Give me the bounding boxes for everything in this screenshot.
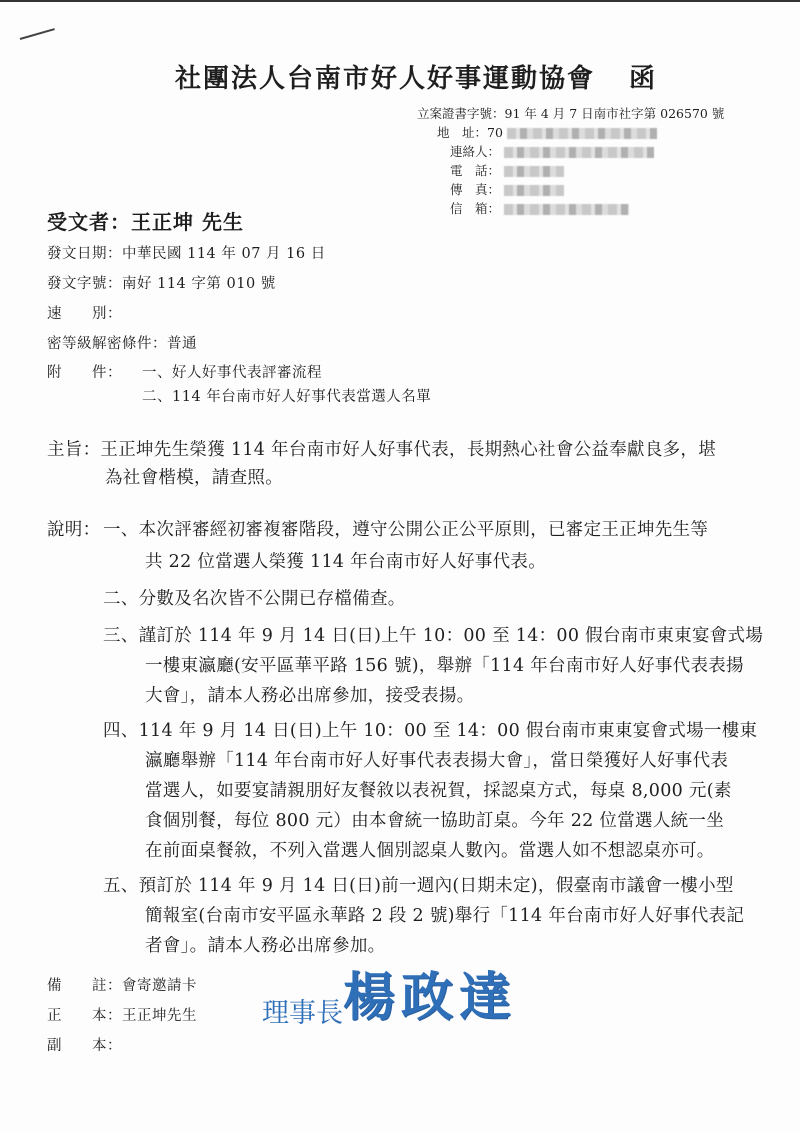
original-recipient: 正 本：王正坤先生 [47, 1004, 197, 1025]
org-name: 社團法人台南市好人好事運動協會 [175, 64, 595, 94]
subject-line: 為社會楷模，請查照。 [105, 464, 283, 489]
explanation-line: 大會」，請本人務必出席參加，接受表揚。 [145, 682, 474, 707]
redacted-fax [504, 185, 564, 196]
explanation-line: 四、114 年 9 月 14 日(日)上午 10：00 至 14：00 假台南市… [103, 717, 757, 742]
copy-recipient: 副 本： [47, 1034, 122, 1055]
explanation-line: 二、分數及名次皆不公開已存檔備查。 [103, 585, 406, 610]
attachment-item: 二、114 年台南市好人好事代表當選人名單 [142, 385, 431, 406]
issue-date: 發文日期：中華民國 114 年 07 月 16 日 [47, 242, 326, 263]
explanation-line: 瀛廳舉辦「114 年台南市好人好事代表表揚大會」，當日榮獲好人好事代表 [145, 747, 728, 772]
explanation-line: 共 22 位當選人榮獲 114 年台南市好人好事代表。 [145, 548, 546, 573]
explanation-line: 五、預訂於 114 年 9 月 14 日(日)前一週內(日期未定)，假臺南市議會… [103, 872, 734, 897]
subject-line: 主旨：王正坤先生榮獲 114 年台南市好人好事代表，長期熱心社會公益奉獻良多，堪 [47, 436, 716, 461]
explanation-line: 者會」。請本人務必出席參加。 [145, 932, 385, 957]
doc-type: 函 [629, 64, 657, 94]
scan-edge [0, 0, 800, 2]
chairman-signature: 楊政達 [343, 967, 517, 1028]
explanation-line: 一樓東瀛廳(安平區華平路 156 號)，舉辦「114 年台南市好人好事代表表揚 [145, 652, 744, 677]
explanation-line: 在前面桌餐敘，不列入當選人個別認桌人數內。當選人如不想認桌亦可。 [145, 837, 715, 862]
phone-label: 電 話： [450, 163, 500, 178]
redacted-contact [504, 147, 654, 158]
phone-row: 電 話： [450, 161, 564, 180]
chairman-title: 理事長 [262, 998, 343, 1029]
address-row: 地 址：70 [437, 123, 657, 142]
speed: 速 別： [47, 302, 122, 323]
explanation-line: 當選人，如要宴請親朋好友餐敘以表祝賀，採認桌方式，每桌 8,000 元(素 [145, 777, 732, 802]
contact-label: 連絡人： [450, 144, 500, 159]
email-row: 信 箱： [450, 199, 629, 218]
attachment-item: 一、好人好事代表評審流程 [142, 361, 322, 382]
address-value: 70 [487, 125, 503, 140]
fax-label: 傳 真： [450, 182, 500, 197]
explanation-label: 說明： [47, 516, 100, 541]
document-number: 發文字號：南好 114 字第 010 號 [47, 272, 276, 293]
redacted-email [504, 204, 629, 215]
address-label: 地 址： [437, 125, 487, 140]
explanation-line: 簡報室(台南市安平區永華路 2 段 2 號)舉行「114 年台南市好人好事代表記 [145, 902, 744, 927]
redacted-address [507, 128, 657, 139]
contact-row: 連絡人： [450, 142, 654, 161]
explanation-line: 食個別餐，每位 800 元）由本會統一協助訂桌。今年 22 位當選人統一坐 [145, 807, 724, 832]
letterhead-title: 社團法人台南市好人好事運動協會函 [175, 58, 657, 95]
pen-mark [20, 28, 55, 40]
registration-number: 立案證書字號：91 年 4 月 7 日南市社字第 026570 號 [417, 104, 724, 123]
explanation-line: 一、本次評審經初審複審階段，遵守公開公正公平原則，已審定王正坤先生等 [103, 516, 708, 541]
fax-row: 傳 真： [450, 180, 564, 199]
classification: 密等級解密條件：普通 [47, 332, 197, 353]
redacted-phone [504, 166, 564, 177]
recipient: 受文者：王正坤 先生 [47, 206, 244, 235]
explanation-line: 三、謹訂於 114 年 9 月 14 日(日)上午 10：00 至 14：00 … [103, 622, 763, 647]
attachments-label: 附 件： [47, 361, 122, 382]
chairman-seal: 理事長楊政達 [262, 955, 517, 1030]
email-label: 信 箱： [450, 201, 500, 216]
remark: 備 註：會寄邀請卡 [47, 974, 197, 995]
